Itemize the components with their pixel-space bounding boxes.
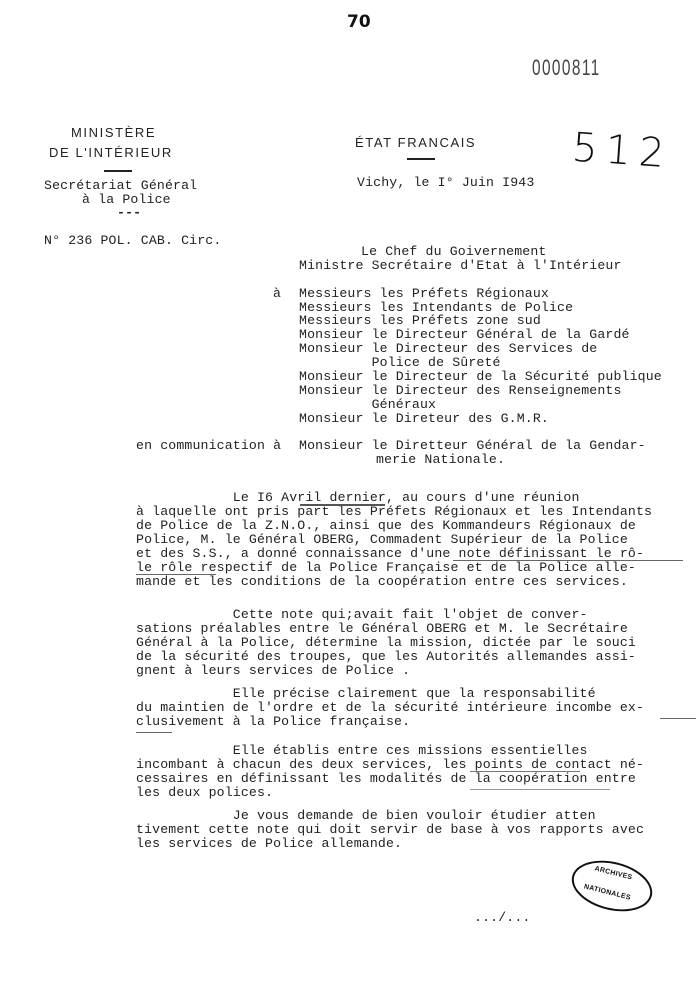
- folio-number: 70: [347, 12, 371, 32]
- pen-underline: [470, 771, 580, 772]
- ministry-divider: [104, 170, 132, 172]
- recipient-line: Messieurs les Préfets zone sud: [299, 313, 541, 328]
- recipient-line: Monsieur le Directeur des Renseignements: [299, 383, 622, 398]
- pen-underline: [660, 718, 696, 719]
- recipient-line: Police de Sûreté: [299, 355, 501, 370]
- body-line: Le I6 Avril dernier, au cours d'une réun…: [136, 490, 580, 505]
- recipient-line: Monsieur le Directeur des Services de: [299, 341, 597, 356]
- communication-prefix: en communication à: [136, 438, 281, 453]
- body-line: Cette note qui;avait fait l'objet de con…: [136, 607, 588, 622]
- ministry-line-1: MINISTÈRE: [71, 125, 156, 140]
- body-line: incombant à chacun des deux services, le…: [136, 757, 644, 772]
- body-line: cessaires en définissant les modalités d…: [136, 771, 636, 786]
- pen-underline: [453, 560, 683, 561]
- archive-number: 0000811: [532, 55, 601, 81]
- body-line: Général à la Police, détermine la missio…: [136, 635, 636, 650]
- pen-underline: [136, 732, 172, 733]
- stamp-bottom-text: NATIONALES: [583, 883, 631, 901]
- pen-underline: [470, 789, 610, 790]
- communication-line: merie Nationale.: [376, 452, 505, 467]
- place-date: Vichy, le I° Juin I943: [357, 175, 534, 190]
- reference-number: N° 236 POL. CAB. Circ.: [44, 233, 221, 248]
- communication-line: Monsieur le Diretteur Général de la Gend…: [299, 438, 646, 453]
- body-line: Je vous demande de bien vouloir étudier …: [136, 808, 596, 823]
- department-separator: ---: [117, 205, 141, 220]
- body-line: gnent à leurs services de Police .: [136, 663, 410, 678]
- recipient-line: Généraux: [299, 397, 436, 412]
- document-page: 70 0000811 512 MINISTÈRE DE L'INTÉRIEUR …: [0, 0, 700, 984]
- recipient-line: Monsieur le Direteur des G.M.R.: [299, 411, 549, 426]
- ministry-line-2: DE L'INTÉRIEUR: [49, 145, 173, 160]
- continuation-mark: .../...: [474, 910, 530, 925]
- stamp-top-text: ARCHIVES: [594, 865, 633, 881]
- body-line: de la sécurité des troupes, que les Auto…: [136, 649, 636, 664]
- department-line-1: Secrétariat Général: [44, 178, 197, 193]
- body-line: sations préalables entre le Général OBER…: [136, 621, 628, 636]
- body-line: les services de Police allemande.: [136, 836, 402, 851]
- body-line: les deux polices.: [136, 785, 273, 800]
- sender-line-2: Ministre Secrétaire d'Etat à l'Intérieur: [299, 258, 622, 273]
- recipient-line: Monsieur le Directeur Général de la Gard…: [299, 327, 630, 342]
- body-line: et des S.S., a donné connaissance d'une …: [136, 546, 644, 561]
- body-line: mande et les conditions de la coopératio…: [136, 574, 628, 589]
- body-line: de Police de la Z.N.O., ainsi que des Ko…: [136, 518, 636, 533]
- pen-underline: [136, 574, 216, 575]
- body-line: Police, M. le Général OBERG, Commadent S…: [136, 532, 628, 547]
- handwritten-reference: 512: [571, 125, 674, 178]
- recipient-line: Monsieur le Directeur de la Sécurité pub…: [299, 369, 662, 384]
- body-line: à laquelle ont pris part les Préfets Rég…: [136, 504, 652, 519]
- pen-underline: [300, 504, 385, 506]
- sender-line-1: Le Chef du Goivernement: [361, 244, 546, 259]
- state-heading: ÉTAT FRANCAIS: [355, 135, 476, 150]
- body-line: Elle précise clairement que la responsab…: [136, 686, 596, 701]
- body-line: clusivement à la Police française.: [136, 714, 410, 729]
- recipient-line: Messieurs les Préfets Régionaux: [299, 286, 549, 301]
- body-line: du maintien de l'ordre et de la sécurité…: [136, 700, 644, 715]
- recipients-prefix: à: [273, 286, 281, 301]
- state-divider: [407, 158, 435, 160]
- body-line: tivement cette note qui doit servir de b…: [136, 822, 644, 837]
- body-line: Elle établis entre ces missions essentie…: [136, 743, 588, 758]
- body-line: le rôle respectif de la Police Française…: [136, 560, 636, 575]
- archives-nationales-stamp: ARCHIVES NATIONALES: [566, 853, 657, 919]
